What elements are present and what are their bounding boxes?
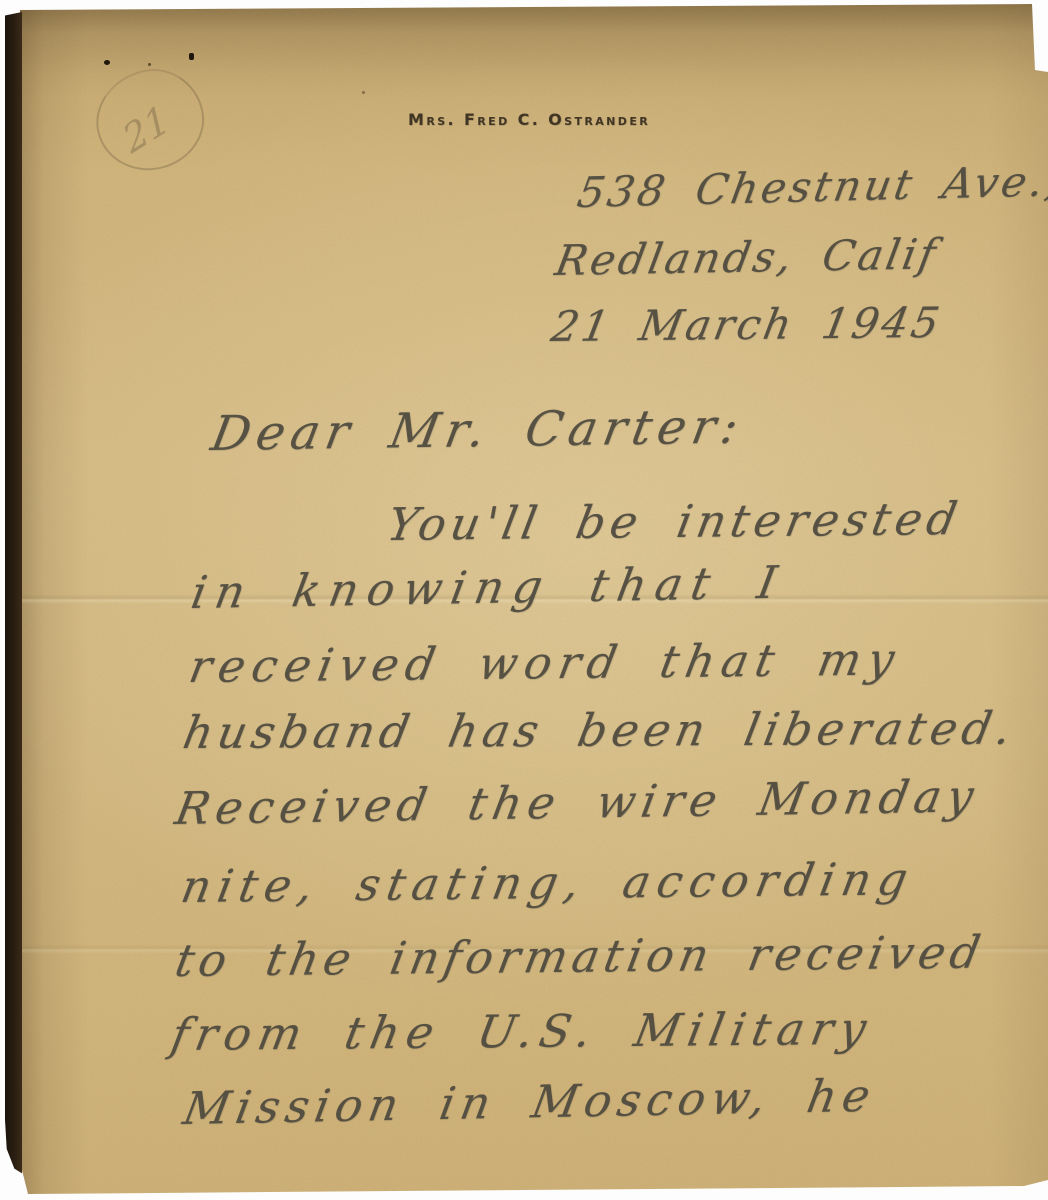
body-line-7: to the information received <box>171 926 989 987</box>
date-line: 21 March 1945 <box>547 298 946 351</box>
address-line-2: Redlands, Calif <box>552 229 943 285</box>
letter-scan-page: 21 Mrs. Fred C. Ostrander 538 Chestnut A… <box>0 0 1048 1200</box>
ink-speck <box>104 60 110 65</box>
body-line-8: from the U.S. Military <box>167 1002 877 1061</box>
ink-speck <box>148 63 151 66</box>
body-line-3: received word that my <box>185 633 905 693</box>
ink-speck <box>362 91 365 94</box>
printed-letterhead: Mrs. Fred C. Ostrander <box>408 110 650 129</box>
body-line-4: husband has been liberated. <box>179 702 1021 759</box>
body-line-2: in knowing that I <box>187 556 789 619</box>
ink-speck <box>189 53 194 60</box>
binding-shadow-strip <box>5 12 22 1178</box>
body-line-6: nite, stating, according <box>177 852 919 913</box>
pencil-circled-number: 21 <box>117 96 176 162</box>
body-line-1: You'll be interested <box>383 492 966 551</box>
salutation: Dear Mr. Carter: <box>207 399 749 462</box>
